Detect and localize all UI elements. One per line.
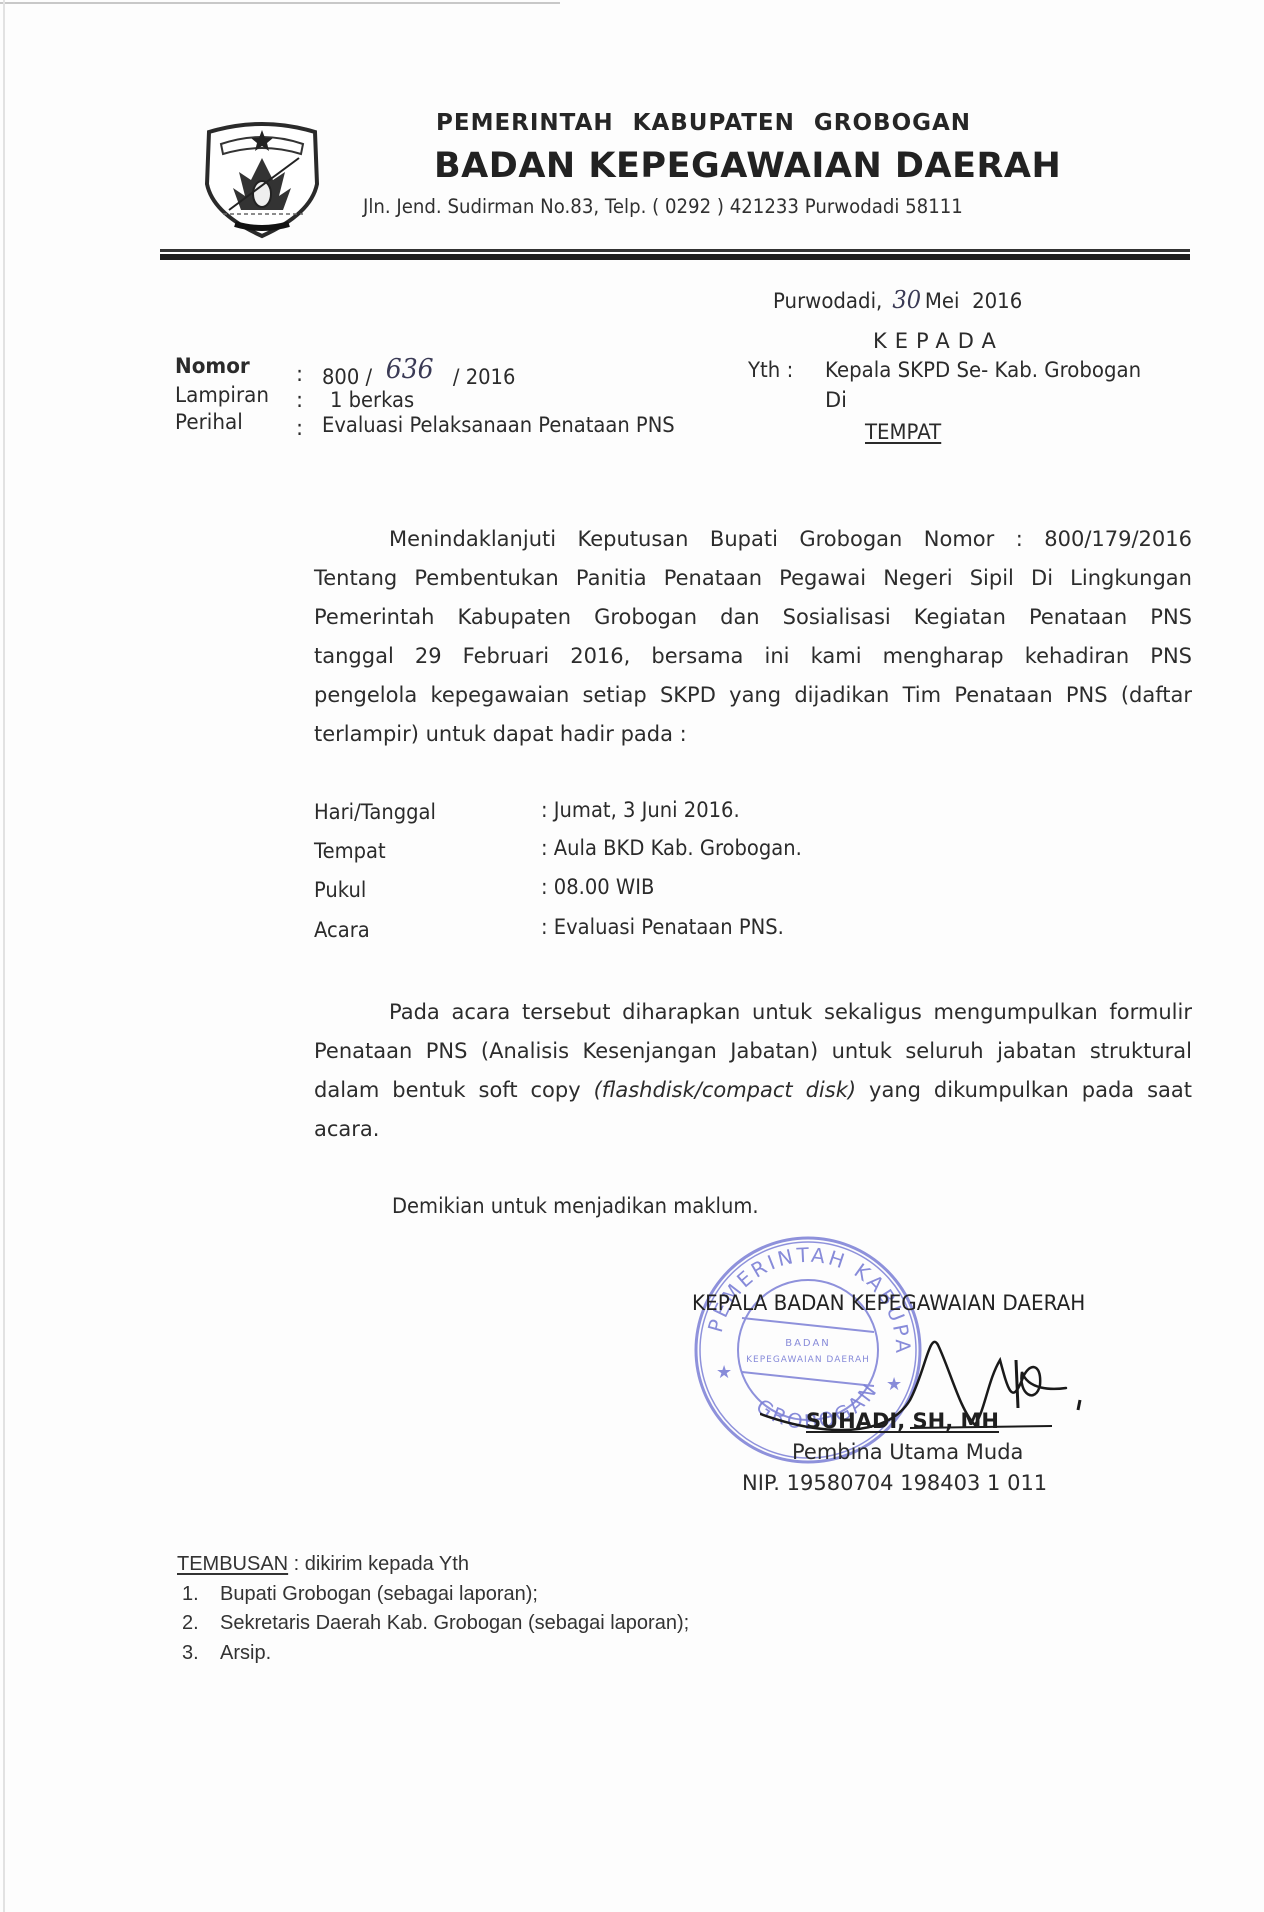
lampiran-label: Lampiran bbox=[175, 383, 269, 407]
letterhead-address: Jln. Jend. Sudirman No.83, Telp. ( 0292 … bbox=[363, 195, 963, 218]
nomor-suffix: / 2016 bbox=[453, 365, 515, 389]
signatory-rank: Pembina Utama Muda bbox=[792, 1440, 1023, 1464]
item-text: Sekretaris Daerah Kab. Grobogan (sebagai… bbox=[220, 1612, 689, 1634]
detail-label-time: Pukul bbox=[314, 878, 366, 902]
item-number: 2. bbox=[182, 1612, 220, 1635]
nomor-value: 800 / 636 / 2016 bbox=[322, 360, 515, 391]
paragraph-line: Pada acara tersebut diharapkan untuk sek… bbox=[314, 993, 1192, 1032]
letterhead-government: PEMERINTAH KABUPATEN GROBOGAN bbox=[436, 110, 971, 136]
nomor-prefix: 800 / bbox=[322, 365, 372, 389]
addressee-di: Di bbox=[825, 388, 847, 412]
perihal-colon: : bbox=[296, 416, 303, 440]
paragraph-line: terlampir) untuk dapat hadir pada : bbox=[314, 715, 1192, 754]
line-text: dalam bentuk soft copy bbox=[314, 1078, 594, 1102]
grobogan-regency-crest-icon bbox=[199, 114, 325, 240]
paragraph-line: Tentang Pembentukan Panitia Penataan Peg… bbox=[314, 559, 1192, 598]
detail-value-date: : Jumat, 3 Juni 2016. bbox=[541, 798, 740, 822]
addressee-place: TEMPAT bbox=[865, 420, 941, 444]
paragraph-line: pengelola kepegawaian setiap SKPD yang d… bbox=[314, 676, 1192, 715]
perihal-value: Evaluasi Pelaksanaan Penataan PNS bbox=[322, 413, 675, 437]
paragraph-line: Penataan PNS (Analisis Kesenjangan Jabat… bbox=[314, 1032, 1192, 1071]
detail-value-event: : Evaluasi Penataan PNS. bbox=[541, 915, 784, 939]
signatory-name: SUHADI, SH, MH bbox=[806, 1409, 999, 1433]
letterhead-agency: BADAN KEPEGAWAIAN DAERAH bbox=[434, 146, 1061, 186]
line-italic-text: (flashdisk/compact disk) bbox=[594, 1078, 856, 1102]
paragraph-line: acara. bbox=[314, 1110, 1192, 1149]
scan-edge-left bbox=[3, 0, 5, 1912]
tembusan-item: 1.Bupati Grobogan (sebagai laporan); bbox=[182, 1583, 538, 1606]
tembusan-item: 2.Sekretaris Daerah Kab. Grobogan (sebag… bbox=[182, 1612, 689, 1635]
svg-text:★: ★ bbox=[716, 1362, 732, 1383]
letter-date: Purwodadi, 30Mei 2016 bbox=[773, 286, 1022, 314]
perihal-label: Perihal bbox=[175, 410, 243, 434]
item-text: Bupati Grobogan (sebagai laporan); bbox=[220, 1583, 538, 1605]
letterhead-divider bbox=[160, 249, 1190, 261]
detail-value-place: : Aula BKD Kab. Grobogan. bbox=[541, 836, 802, 860]
tembusan-suffix: : dikirim kepada Yth bbox=[288, 1553, 469, 1575]
item-number: 1. bbox=[182, 1583, 220, 1606]
tembusan-item: 3.Arsip. bbox=[182, 1642, 271, 1665]
detail-label-event: Acara bbox=[314, 918, 370, 942]
nomor-label: Nomor bbox=[175, 354, 250, 378]
detail-label-date: Hari/Tanggal bbox=[314, 800, 436, 824]
paragraph-request: Pada acara tersebut diharapkan untuk sek… bbox=[314, 993, 1192, 1149]
paragraph-line: tanggal 29 Februari 2016, bersama ini ka… bbox=[314, 637, 1192, 676]
paragraph-intro: Menindaklanjuti Keputusan Bupati Groboga… bbox=[314, 520, 1192, 754]
lampiran-colon: : bbox=[296, 388, 303, 412]
lampiran-value: 1 berkas bbox=[330, 388, 414, 412]
item-number: 3. bbox=[182, 1642, 220, 1665]
nomor-colon: : bbox=[296, 362, 303, 386]
item-text: Arsip. bbox=[220, 1642, 271, 1664]
closing-sentence: Demikian untuk menjadikan maklum. bbox=[392, 1194, 759, 1218]
date-month-year: Mei 2016 bbox=[925, 289, 1022, 313]
nomor-handwritten: 636 bbox=[386, 354, 434, 385]
scan-edge-top bbox=[0, 2, 560, 4]
detail-label-place: Tempat bbox=[314, 839, 386, 863]
detail-value-time: : 08.00 WIB bbox=[541, 875, 654, 899]
line-text: yang dikumpulkan pada saat bbox=[856, 1078, 1192, 1102]
addressee-recipient: Kepala SKPD Se- Kab. Grobogan bbox=[825, 358, 1141, 382]
tembusan-label: TEMBUSAN bbox=[177, 1553, 288, 1575]
paragraph-line: Pemerintah Kabupaten Grobogan dan Sosial… bbox=[314, 598, 1192, 637]
paragraph-line-mixed: dalam bentuk soft copy (flashdisk/compac… bbox=[314, 1071, 1192, 1110]
date-day-handwritten: 30 bbox=[892, 286, 921, 314]
addressee-heading: KEPADA bbox=[873, 329, 1004, 353]
tembusan-heading: TEMBUSAN : dikirim kepada Yth bbox=[177, 1553, 469, 1576]
signatory-nip: NIP. 19580704 198403 1 011 bbox=[742, 1471, 1047, 1495]
paragraph-line: Menindaklanjuti Keputusan Bupati Groboga… bbox=[314, 520, 1192, 559]
addressee-yth: Yth : bbox=[748, 358, 793, 382]
date-city: Purwodadi, bbox=[773, 289, 882, 313]
